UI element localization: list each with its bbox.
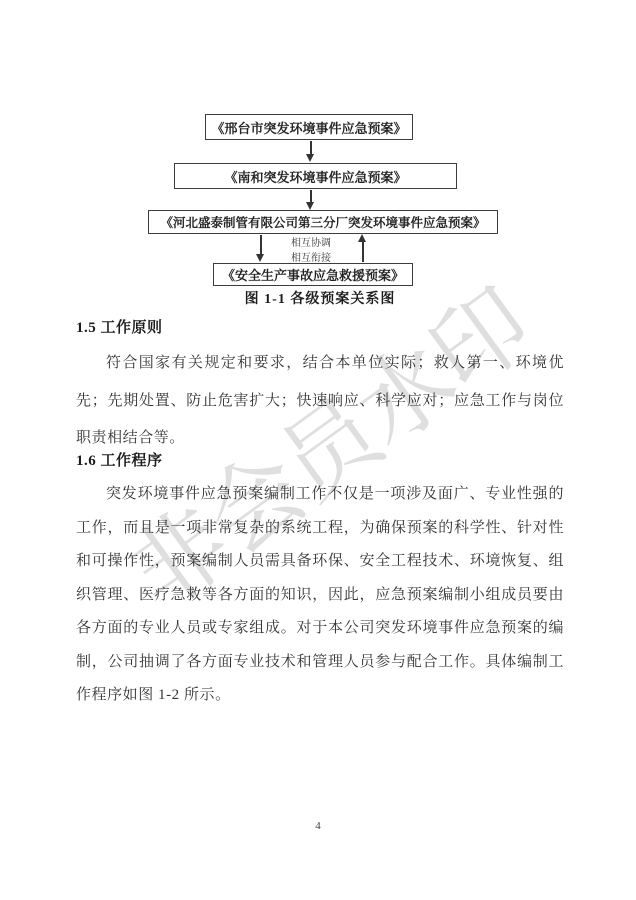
down-arrow-icon [306, 190, 315, 210]
down-arrow-icon [256, 235, 265, 262]
section-paragraph-1-6: 突发环境事件应急预案编制工作不仅是一项涉及面广、专业性强的工作，而且是一项非常复… [76, 478, 564, 713]
flowchart-box-company-plan: 《河北盛泰制管有限公司第三分厂突发环境事件应急预案》 [148, 210, 498, 234]
up-arrow-icon [358, 234, 367, 262]
relation-label-coordination: 相互协调 [271, 234, 351, 249]
section-heading-1-5: 1.5 工作原则 [76, 316, 163, 337]
flowchart-box-city-plan: 《邢台市突发环境事件应急预案》 [205, 114, 413, 140]
down-arrow-icon [306, 141, 315, 162]
page-number: 4 [0, 820, 636, 832]
relation-label-connection: 相互衔接 [271, 249, 351, 264]
section-paragraph-1-5: 符合国家有关规定和要求，结合本单位实际；救人第一、环境优先；先期处置、防止危害扩… [76, 345, 564, 458]
document-page: 非会员水印 《邢台市突发环境事件应急预案》 《南和突发环境事件应急预案》 《河北… [0, 0, 636, 900]
figure-caption: 图 1-1 各级预案关系图 [0, 288, 636, 308]
flowchart-box-safety-rescue-plan: 《安全生产事故应急救援预案》 [213, 263, 413, 286]
section-heading-1-6: 1.6 工作程序 [76, 449, 163, 470]
flowchart-box-county-plan: 《南和突发环境事件应急预案》 [174, 163, 457, 189]
